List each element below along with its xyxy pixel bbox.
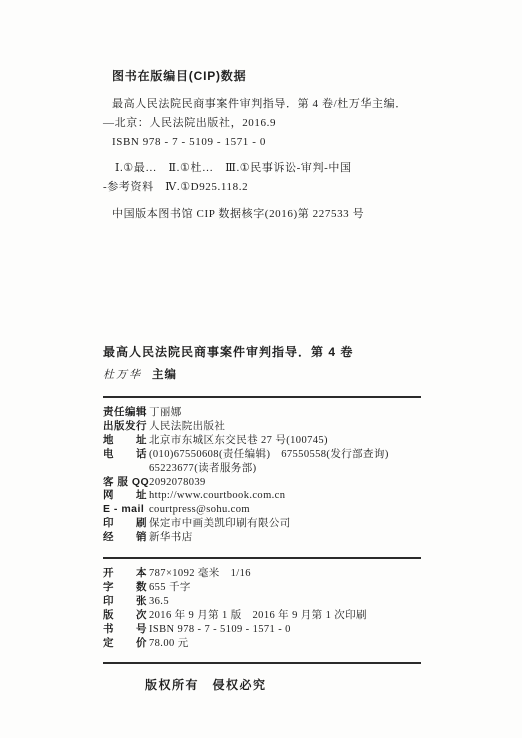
copyright-page: 图书在版编目(CIP)数据 最高人民法院民商事案件审判指导．第 4 卷/杜万华主…: [0, 0, 522, 738]
pub-info-row: 出版发行 人民法院出版社: [103, 420, 421, 434]
pub-info-row: 网 址 http://www.courtbook.com.cn: [103, 489, 421, 503]
copyright-notice: 版权所有 侵权必究: [145, 677, 421, 694]
author-name: 杜万华: [103, 369, 142, 381]
spec-value: 78.00 元: [149, 637, 189, 651]
cip-record-paragraph: 最高人民法院民商事案件审判指导．第 4 卷/杜万华主编． —北京：人民法院出版社…: [103, 95, 421, 152]
spec-value: ISBN 978 - 7 - 5109 - 1571 - 0: [149, 623, 291, 637]
pub-info-value: 北京市东城区东交民巷 27 号(100745): [149, 434, 328, 448]
pub-info-row: 客 服 QQ 2092078039: [103, 476, 421, 490]
cip-record-line: —北京：人民法院出版社，2016.9: [103, 114, 421, 133]
pub-info-label: 经 销: [103, 531, 149, 545]
author-line: 杜万华主编: [103, 367, 421, 384]
spec-value: 36.5: [149, 595, 169, 609]
pub-info-row: 地 址 北京市东城区东交民巷 27 号(100745): [103, 434, 421, 448]
print-spec-list: 开 本 787×1092 毫米 1/16 字 数 655 千字 印 张 36.5…: [103, 559, 421, 656]
spec-row: 定 价 78.00 元: [103, 637, 421, 651]
pub-info-label: 印 刷: [103, 517, 149, 531]
spec-label: 字 数: [103, 581, 149, 595]
spec-label: 版 次: [103, 609, 149, 623]
cip-classification-line: -参考资料 Ⅳ.①D925.118.2: [103, 178, 421, 197]
pub-info-label: 地 址: [103, 434, 149, 448]
pub-info-row: 电 话 (010)67550608(责任编辑) 67550558(发行部查询): [103, 448, 421, 462]
pub-info-row: 责任编辑 丁丽娜: [103, 406, 421, 420]
cip-record-line: 最高人民法院民商事案件审判指导．第 4 卷/杜万华主编．: [112, 95, 421, 114]
pub-info-value: 2092078039: [149, 476, 206, 490]
pub-info-row: E - mail courtpress@sohu.com: [103, 503, 421, 517]
divider-rule-bottom: [103, 662, 421, 664]
pub-info-value: http://www.courtbook.com.cn: [149, 489, 285, 503]
pub-info-value: (010)67550608(责任编辑) 67550558(发行部查询): [149, 448, 389, 462]
pub-info-label: 责任编辑: [103, 406, 149, 420]
cip-classification: Ⅰ.①最… Ⅱ.①杜… Ⅲ.①民事诉讼-审判-中国 -参考资料 Ⅳ.①D925.…: [103, 159, 421, 197]
pub-info-label: 客 服 QQ: [103, 476, 149, 490]
pub-info-value: 人民法院出版社: [149, 420, 225, 434]
pub-info-label: 网 址: [103, 489, 149, 503]
cip-classification-line: Ⅰ.①最… Ⅱ.①杜… Ⅲ.①民事诉讼-审判-中国: [115, 159, 421, 178]
pub-info-value: 新华书店: [149, 531, 193, 545]
author-role: 主编: [152, 369, 177, 381]
publication-info-list: 责任编辑 丁丽娜 出版发行 人民法院出版社 地 址 北京市东城区东交民巷 27 …: [103, 398, 421, 551]
pub-info-value: 保定市中画美凯印刷有限公司: [149, 517, 291, 531]
spec-value: 787×1092 毫米 1/16: [149, 567, 251, 581]
spec-label: 开 本: [103, 567, 149, 581]
spec-value: 2016 年 9 月第 1 版 2016 年 9 月第 1 次印刷: [149, 609, 367, 623]
pub-info-row: 印 刷 保定市中画美凯印刷有限公司: [103, 517, 421, 531]
pub-info-label: E - mail: [103, 503, 149, 517]
spec-label: 书 号: [103, 623, 149, 637]
spec-row: 书 号 ISBN 978 - 7 - 5109 - 1571 - 0: [103, 623, 421, 637]
cip-isbn-line: ISBN 978 - 7 - 5109 - 1571 - 0: [112, 133, 421, 152]
cip-record-number-line: 中国版本图书馆 CIP 数据核字(2016)第 227533 号: [112, 205, 421, 224]
spec-row: 字 数 655 千字: [103, 581, 421, 595]
pub-info-value: 丁丽娜: [149, 406, 182, 420]
pub-info-row: 经 销 新华书店: [103, 531, 421, 545]
cip-header: 图书在版编目(CIP)数据: [112, 68, 421, 84]
page-content: 图书在版编目(CIP)数据 最高人民法院民商事案件审判指导．第 4 卷/杜万华主…: [103, 0, 421, 694]
title-block: 最高人民法院民商事案件审判指导．第 4 卷 杜万华主编: [103, 343, 421, 384]
pub-info-value: courtpress@sohu.com: [149, 503, 250, 517]
spec-row: 印 张 36.5: [103, 595, 421, 609]
book-title: 最高人民法院民商事案件审判指导．第 4 卷: [103, 343, 421, 361]
spec-row: 版 次 2016 年 9 月第 1 版 2016 年 9 月第 1 次印刷: [103, 609, 421, 623]
spec-value: 655 千字: [149, 581, 191, 595]
cip-record-number: 中国版本图书馆 CIP 数据核字(2016)第 227533 号: [103, 205, 421, 224]
spec-label: 定 价: [103, 637, 149, 651]
spec-label: 印 张: [103, 595, 149, 609]
cip-block: 图书在版编目(CIP)数据 最高人民法院民商事案件审判指导．第 4 卷/杜万华主…: [103, 0, 421, 224]
pub-info-value-continued: 65223677(读者服务部): [149, 462, 421, 476]
spec-row: 开 本 787×1092 毫米 1/16: [103, 567, 421, 581]
pub-info-label: 出版发行: [103, 420, 149, 434]
pub-info-label: 电 话: [103, 448, 149, 462]
